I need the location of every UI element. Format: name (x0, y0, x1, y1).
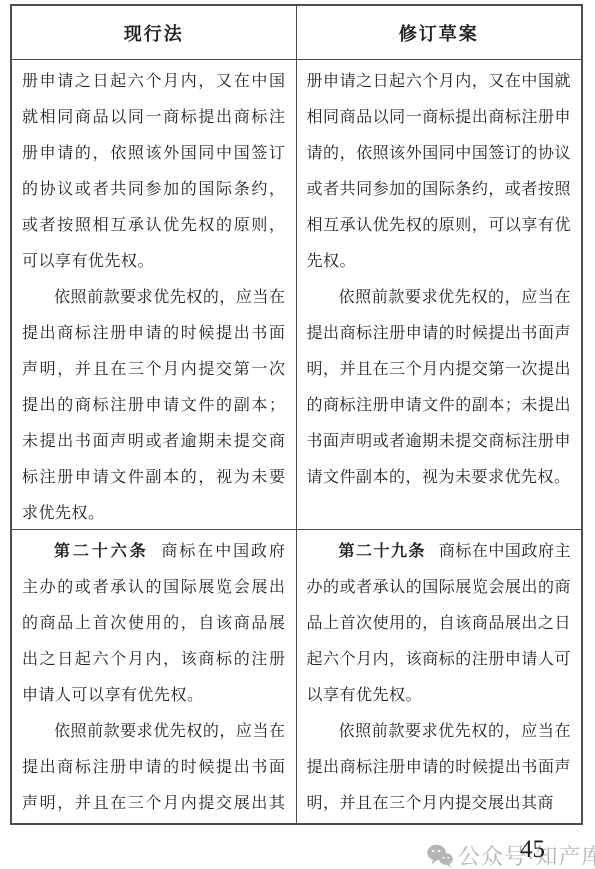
cell-revised-draft-row1: 册申请之日起六个月内，又在中国就相同商品以同一商标提出商标注册申请的，依照该外国… (297, 60, 582, 530)
paragraph: 册申请之日起六个月内，又在中国就相同商品以同一商标提出商标注册申请的，依照该外国… (307, 64, 572, 280)
law-comparison-table: 现行法 修订草案 册申请之日起六个月内，又在中国就相同商品以同一商标提出商标注册… (10, 4, 583, 825)
cell-current-law-row1: 册申请之日起六个月内，又在中国就相同商品以同一商标提出商标注册申请的，依照该外国… (12, 60, 297, 530)
paragraph: 依照前款要求优先权的，应当在提出商标注册申请的时候提出书面声明，并且在三个月内提… (22, 714, 286, 823)
article-number: 第二十九条 (339, 543, 427, 560)
document-page: 现行法 修订草案 册申请之日起六个月内，又在中国就相同商品以同一商标提出商标注册… (0, 0, 595, 869)
cell-revised-draft-row2: 第二十九条商标在中国政府主办的或者承认的国际展览会展出的商品上首次使用的，自该商… (297, 530, 582, 823)
column-header-revised-draft: 修订草案 (297, 6, 582, 60)
page-number: 45 (520, 836, 545, 864)
paragraph: 第二十九条商标在中国政府主办的或者承认的国际展览会展出的商品上首次使用的，自该商… (307, 534, 572, 714)
paragraph: 依照前款要求优先权的，应当在提出商标注册申请的时候提出书面声明，并且在三个月内提… (307, 280, 572, 496)
column-header-current-law: 现行法 (12, 6, 297, 60)
wechat-icon (427, 844, 453, 868)
cell-current-law-row2: 第二十六条商标在中国政府主办的或者承认的国际展览会展出的商品上首次使用的，自该商… (12, 530, 297, 823)
paragraph: 依照前款要求优先权的，应当在提出商标注册申请的时候提出书面声明，并且在三个月内提… (22, 280, 286, 530)
article-number: 第二十六条 (54, 543, 149, 560)
watermark: 公众号·知产库 (427, 840, 595, 869)
page-footer: 公众号·知产库 45 (0, 836, 595, 869)
paragraph: 依照前款要求优先权的，应当在提出商标注册申请的时候提出书面声明，并且在三个月内提… (307, 714, 572, 822)
paragraph: 册申请之日起六个月内，又在中国就相同商品以同一商标提出商标注册申请的，依照该外国… (22, 64, 286, 280)
paragraph: 第二十六条商标在中国政府主办的或者承认的国际展览会展出的商品上首次使用的，自该商… (22, 534, 286, 714)
